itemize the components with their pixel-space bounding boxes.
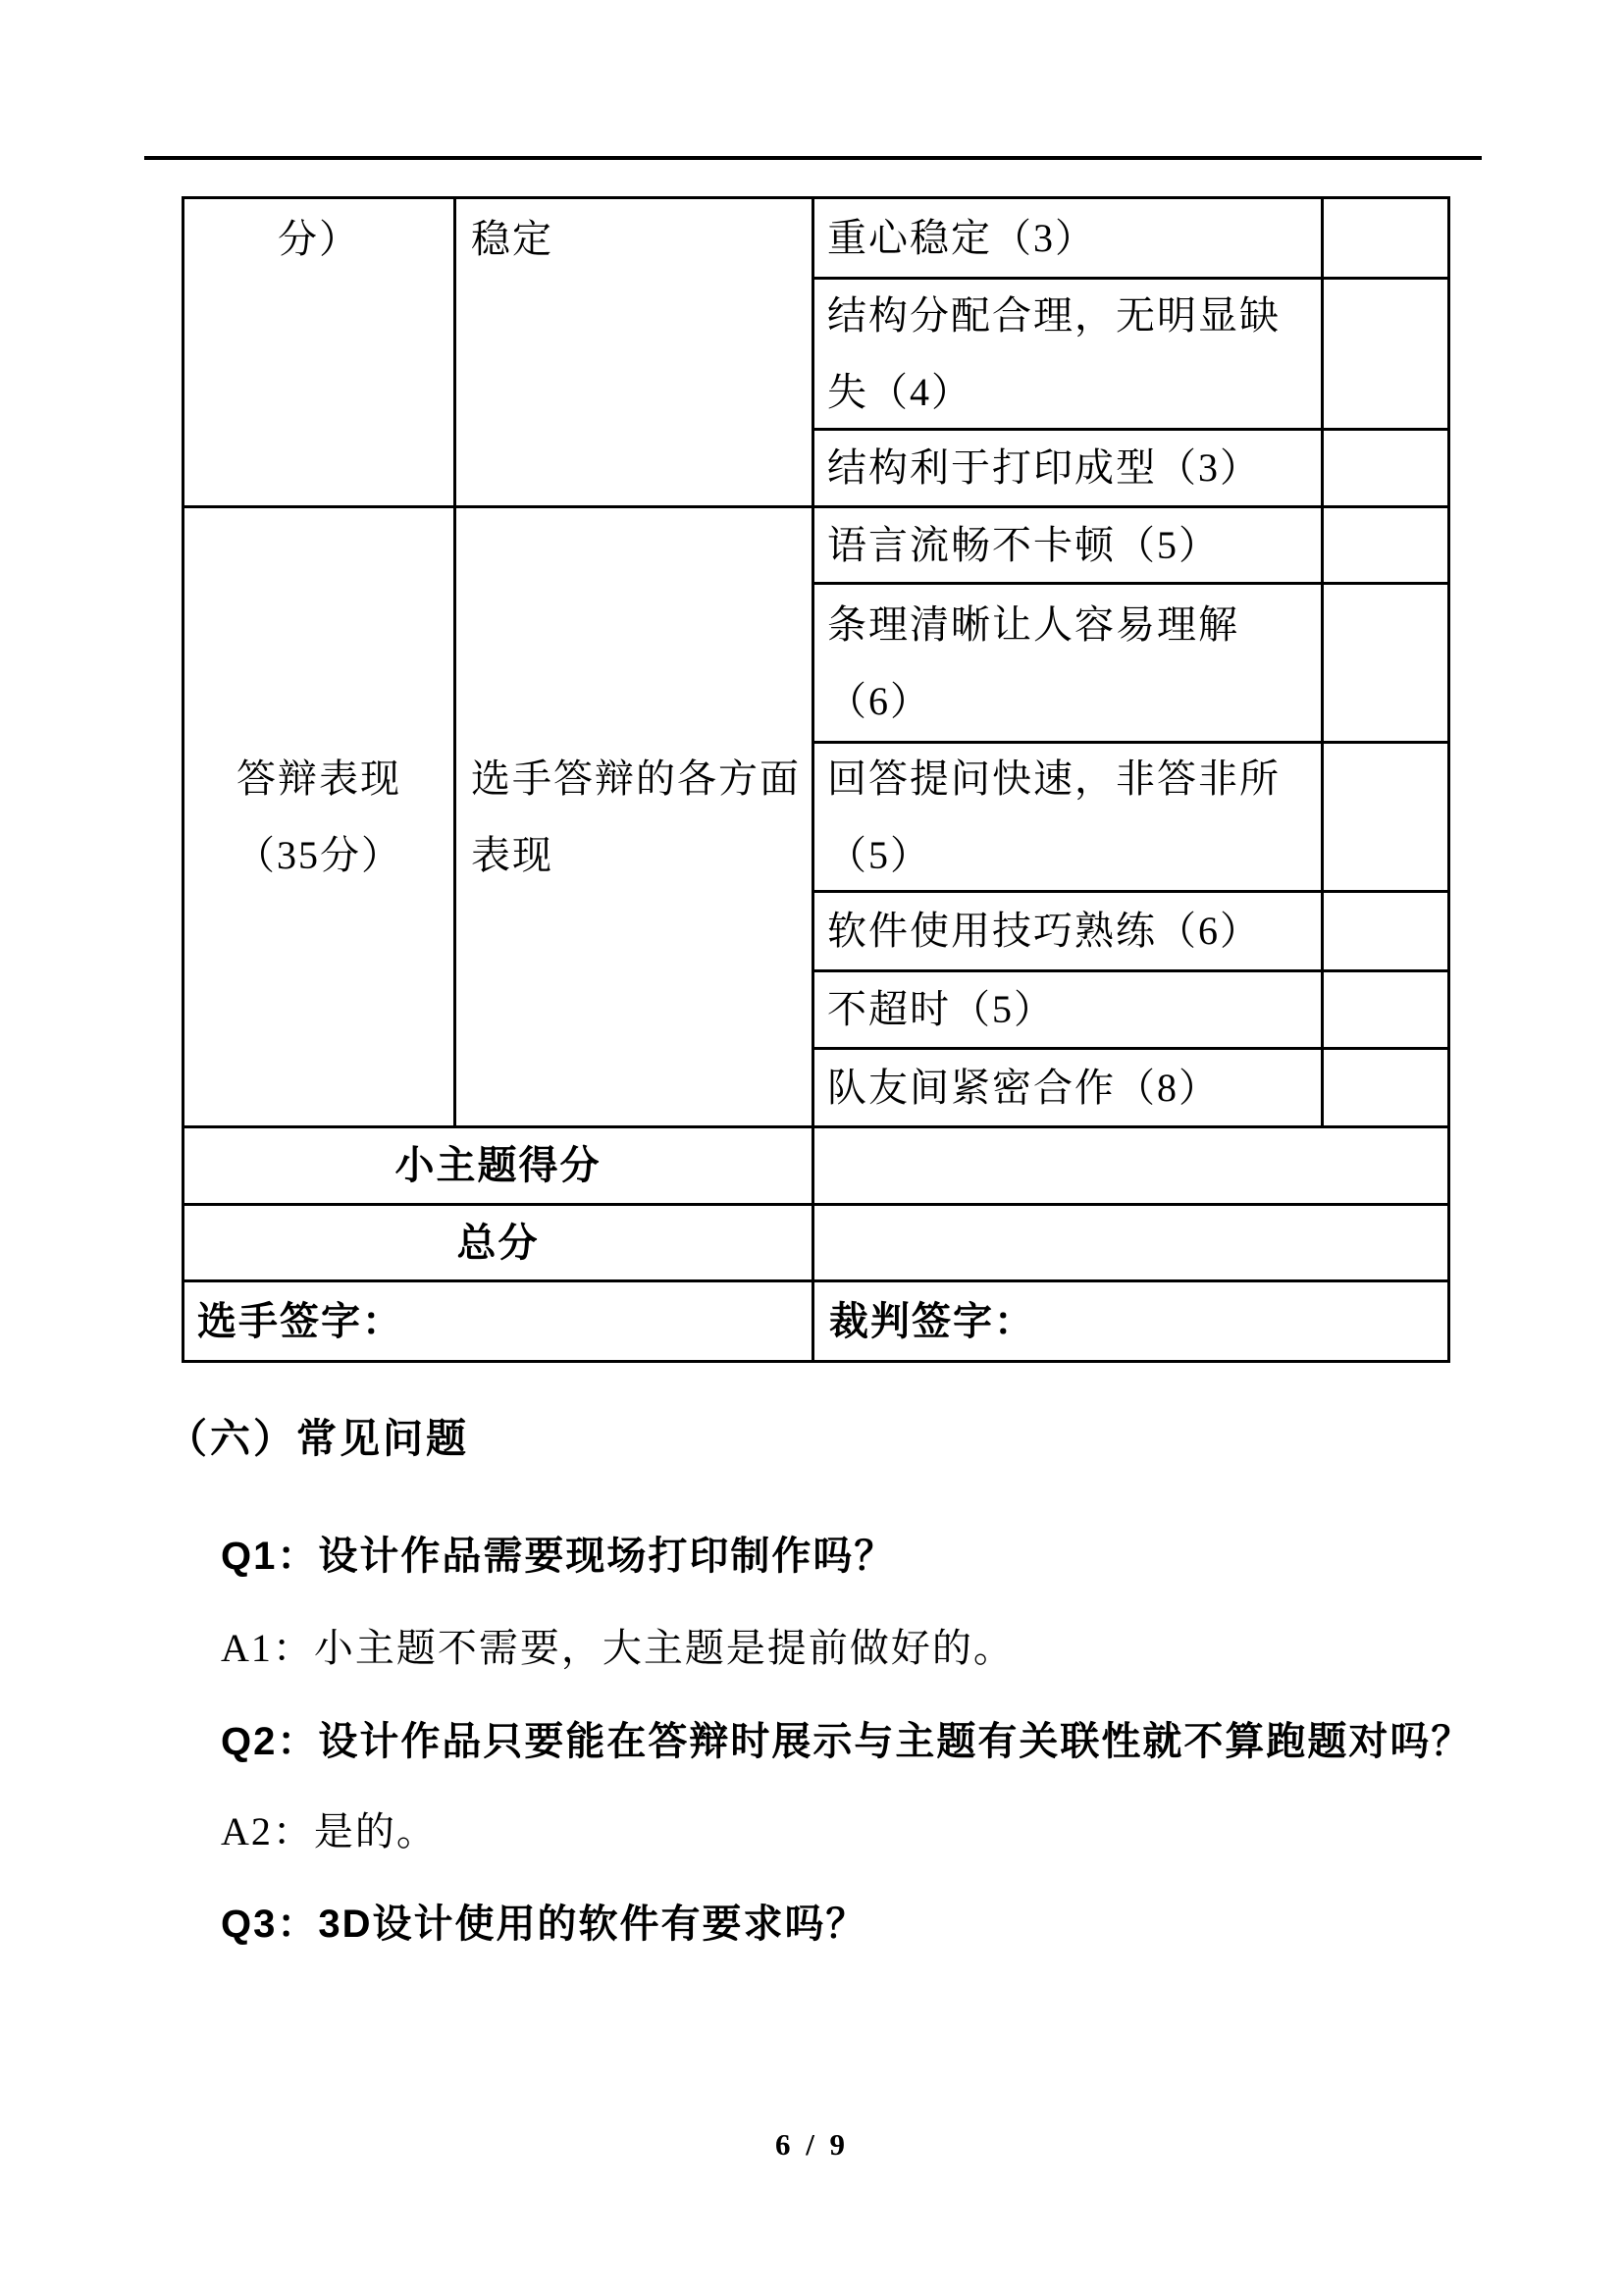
total-label: 总分 <box>457 1206 540 1281</box>
criterion-cell: 语言流畅不卡顿（5） <box>814 508 1324 585</box>
score-cell <box>1324 972 1447 1050</box>
description-cell-carryover: 稳定 <box>456 199 814 508</box>
category-text: 分） <box>278 201 360 278</box>
criterion-cell: 回答提问快速，非答非所 （5） <box>814 744 1324 893</box>
document-page: 分） 稳定 重心稳定（3） 结构分配合理，无明显缺 失（4） 结构利于打印成型（… <box>0 0 1624 2295</box>
criterion-text: 条理清晰让人容易理解 <box>827 587 1239 663</box>
faq-answer-2: A2：是的。 <box>221 1808 438 1855</box>
description-cell-defense: 选手答辩的各方面 表现 <box>456 508 814 1128</box>
criterion-text: （5） <box>827 817 931 894</box>
criterion-cell: 队友间紧密合作（8） <box>814 1050 1324 1128</box>
faq-answer-1: A1：小主题不需要，大主题是提前做好的。 <box>221 1625 1015 1672</box>
category-text: （35分） <box>236 817 402 894</box>
faq-question-1: Q1：设计作品需要现场打印制作吗？ <box>221 1533 895 1580</box>
criterion-cell: 重心稳定（3） <box>814 199 1324 280</box>
description-text: 选手答辩的各方面 <box>471 741 801 817</box>
score-cell <box>1324 744 1447 893</box>
contestant-signature-label: 选手签字： <box>197 1283 403 1360</box>
score-cell <box>1324 893 1447 972</box>
description-text: 表现 <box>471 817 553 894</box>
score-cell <box>1324 585 1447 744</box>
faq-question-3: Q3：3D设计使用的软件有要求吗？ <box>221 1901 867 1948</box>
category-cell-carryover: 分） <box>184 199 456 508</box>
criterion-text: 不超时（5） <box>827 972 1055 1048</box>
subtotal-label-cell: 小主题得分 <box>184 1128 814 1206</box>
total-value-cell <box>814 1206 1447 1282</box>
description-text: 稳定 <box>471 201 553 278</box>
criterion-cell: 条理清晰让人容易理解 （6） <box>814 585 1324 744</box>
score-cell <box>1324 508 1447 585</box>
criterion-text: 软件使用技巧熟练（6） <box>827 893 1261 969</box>
header-rule <box>144 156 1482 160</box>
judge-signature-cell: 裁判签字： <box>814 1282 1447 1360</box>
criterion-text: 结构分配合理，无明显缺 <box>827 280 1281 354</box>
category-cell-defense: 答辩表现 （35分） <box>184 508 456 1128</box>
score-cell <box>1324 431 1447 508</box>
page-number: 6 / 9 <box>0 2123 1624 2166</box>
subtotal-label: 小主题得分 <box>395 1128 602 1204</box>
criterion-text: 结构利于打印成型（3） <box>827 431 1261 506</box>
criterion-cell: 结构利于打印成型（3） <box>814 431 1324 508</box>
judge-signature-label: 裁判签字： <box>829 1283 1035 1360</box>
criterion-text: 回答提问快速，非答非所 <box>827 744 1281 817</box>
criterion-text: （6） <box>827 663 931 740</box>
score-cell <box>1324 199 1447 280</box>
subtotal-value-cell <box>814 1128 1447 1206</box>
score-cell <box>1324 1050 1447 1128</box>
section-heading: （六）常见问题 <box>167 1414 469 1463</box>
criterion-cell: 结构分配合理，无明显缺 失（4） <box>814 280 1324 431</box>
category-text: 答辩表现 <box>236 741 401 817</box>
faq-question-2: Q2：设计作品只要能在答辩时展示与主题有关联性就不算跑题对吗？ <box>221 1718 1472 1765</box>
criterion-text: 重心稳定（3） <box>827 200 1096 277</box>
criterion-text: 队友间紧密合作（8） <box>827 1050 1220 1126</box>
criterion-text: 失（4） <box>827 354 972 431</box>
contestant-signature-cell: 选手签字： <box>184 1282 814 1360</box>
score-table: 分） 稳定 重心稳定（3） 结构分配合理，无明显缺 失（4） 结构利于打印成型（… <box>182 196 1450 1363</box>
criterion-text: 语言流畅不卡顿（5） <box>827 508 1220 584</box>
total-label-cell: 总分 <box>184 1206 814 1282</box>
criterion-cell: 软件使用技巧熟练（6） <box>814 893 1324 972</box>
score-cell <box>1324 280 1447 431</box>
criterion-cell: 不超时（5） <box>814 972 1324 1050</box>
